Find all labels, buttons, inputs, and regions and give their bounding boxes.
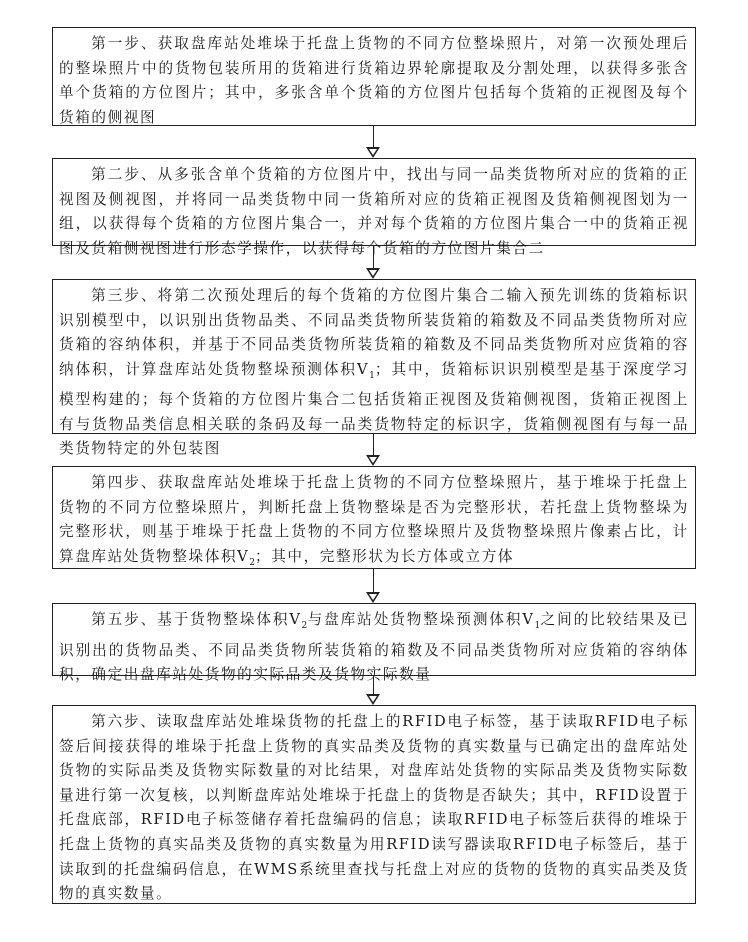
step-4-text: 第四步、获取盘库站处堆垛于托盘上货物的不同方位整垛照片，基于堆垛于托盘上货物的不… — [59, 471, 689, 575]
step-1-text: 第一步、获取盘库站处堆垛于托盘上货物的不同方位整垛照片，对第一次预处理后的整垛照… — [59, 32, 689, 130]
arrow-down-icon — [366, 246, 382, 279]
arrow-down-icon — [366, 434, 382, 466]
step-6-text: 第六步、读取盘库站处堆垛货物的托盘上的RFID电子标签，基于读取RFID电子标签… — [59, 710, 689, 907]
flow-step-4: 第四步、获取盘库站处堆垛于托盘上货物的不同方位整垛照片，基于堆垛于托盘上货物的不… — [52, 466, 696, 569]
flow-step-6: 第六步、读取盘库站处堆垛货物的托盘上的RFID电子标签，基于读取RFID电子标签… — [52, 705, 696, 904]
arrow-down-icon — [366, 126, 382, 158]
flow-step-1: 第一步、获取盘库站处堆垛于托盘上货物的不同方位整垛照片，对第一次预处理后的整垛照… — [52, 27, 696, 126]
arrow-down-icon — [366, 569, 382, 603]
flow-step-3: 第三步、将第二次预处理后的每个货箱的方位图片集合二输入预先训练的货箱标识识别模型… — [52, 279, 696, 434]
arrow-down-icon — [366, 676, 382, 705]
flow-step-5: 第五步、基于货物整垛体积V2与盘库站处货物整垛预测体积V1之间的比较结果及已识别… — [52, 603, 696, 676]
flow-step-2: 第二步、从多张含单个货箱的方位图片中，找出与同一品类货物所对应的货箱的正视图及侧… — [52, 158, 696, 246]
